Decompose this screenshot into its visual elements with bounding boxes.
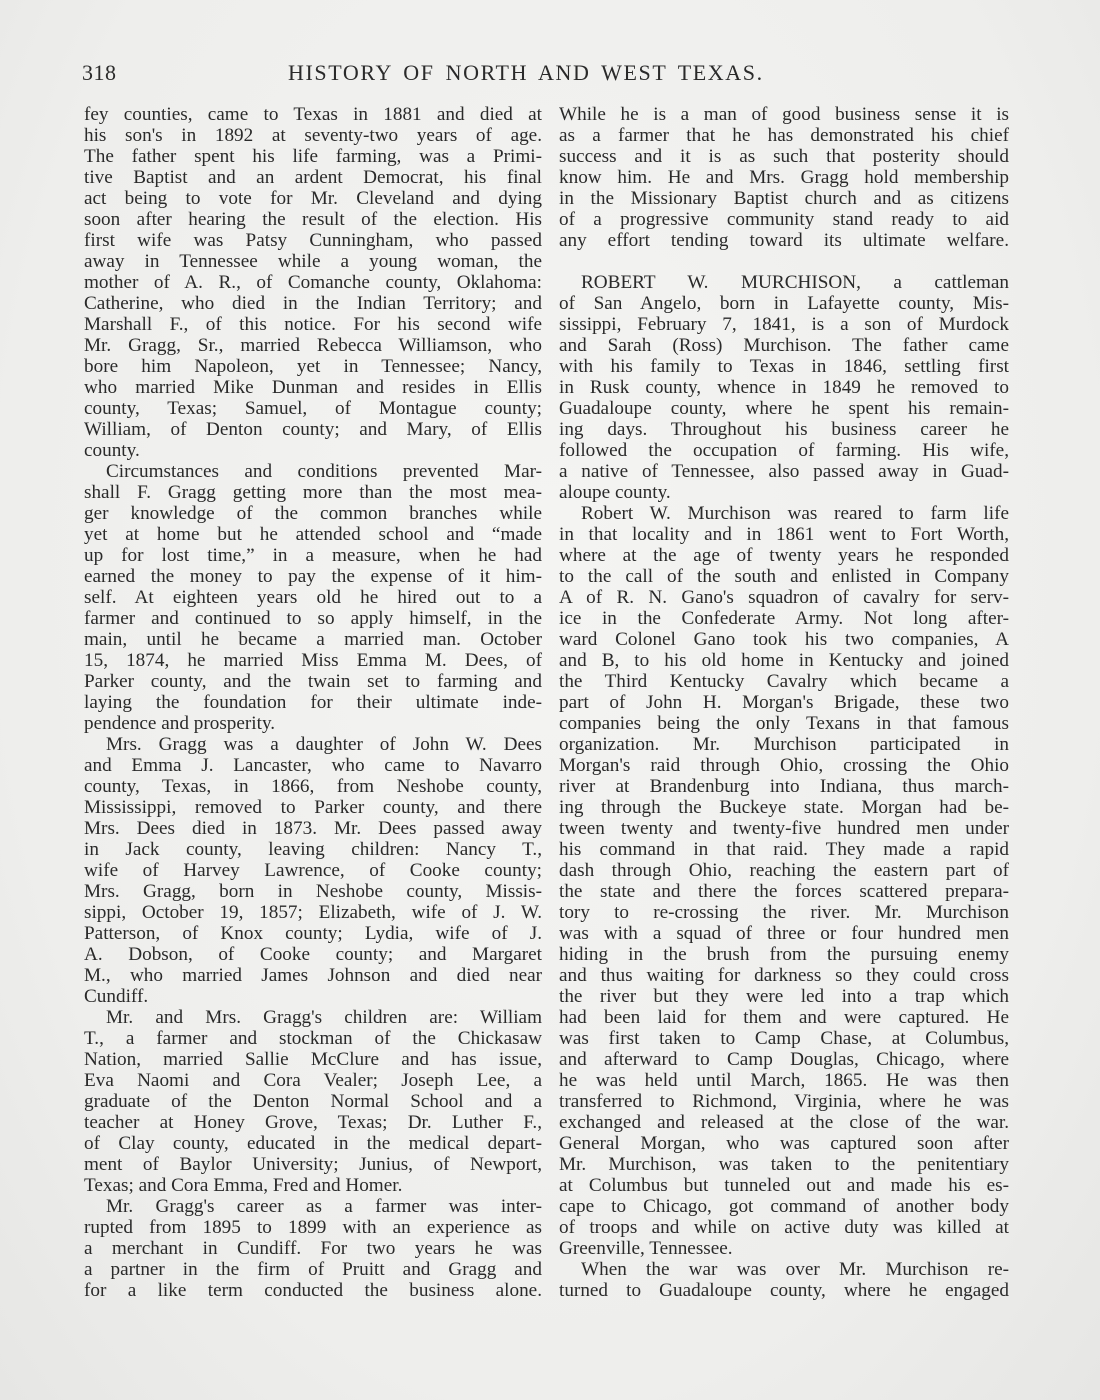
text-line: dash through Ohio, reaching the eastern … — [559, 860, 1009, 881]
text-line: Robert W. Murchison was reared to farm l… — [559, 503, 1009, 524]
running-head: 318 HISTORY OF NORTH AND WEST TEXAS. — [82, 56, 1012, 86]
text-line: earned the money to pay the expense of i… — [84, 566, 542, 587]
text-line: and Emma J. Lancaster, who came to Navar… — [84, 755, 542, 776]
text-line: self. At eighteen years old he hired out… — [84, 587, 542, 608]
text-line: transferred to Richmond, Virginia, where… — [559, 1091, 1009, 1112]
text-line: main, until he became a married man. Oct… — [84, 629, 542, 650]
text-line: up for lost time,” in a measure, when he… — [84, 545, 542, 566]
text-line: mother of A. R., of Comanche county, Okl… — [84, 272, 542, 293]
text-line: Morgan's raid through Ohio, crossing the… — [559, 755, 1009, 776]
text-line: the Third Kentucky Cavalry which became … — [559, 671, 1009, 692]
book-page: 318 HISTORY OF NORTH AND WEST TEXAS. fey… — [0, 0, 1100, 1400]
text-line: farmer and continued to so apply himself… — [84, 608, 542, 629]
text-line: Parker county, and the twain set to farm… — [84, 671, 542, 692]
text-line: success and it is as such that posterity… — [559, 146, 1009, 167]
text-line: ment of Baylor University; Junius, of Ne… — [84, 1154, 542, 1175]
text-line: Catherine, who died in the Indian Territ… — [84, 293, 542, 314]
text-line: companies being the only Texans in that … — [559, 713, 1009, 734]
text-line: Mr. Murchison, was taken to the penitent… — [559, 1154, 1009, 1175]
text-line: ger knowledge of the common branches whi… — [84, 503, 542, 524]
text-line: in Jack county, leaving children: Nancy … — [84, 839, 542, 860]
text-line: yet at home but he attended school and “… — [84, 524, 542, 545]
text-line: A. Dobson, of Cooke county; and Margaret — [84, 944, 542, 965]
text-line: to the call of the south and enlisted in… — [559, 566, 1009, 587]
text-line: river at Brandenburg into Indiana, thus … — [559, 776, 1009, 797]
text-line: The father spent his life farming, was a… — [84, 146, 542, 167]
text-line: his son's in 1892 at seventy-two years o… — [84, 125, 542, 146]
text-line: who married Mike Dunman and resides in E… — [84, 377, 542, 398]
text-line: Mr. Gragg, Sr., married Rebecca Williams… — [84, 335, 542, 356]
text-line: in that locality and in 1861 went to For… — [559, 524, 1009, 545]
text-line: first wife was Patsy Cunningham, who pas… — [84, 230, 542, 251]
text-line: was with a squad of three or four hundre… — [559, 923, 1009, 944]
text-line: was first taken to Camp Chase, at Columb… — [559, 1028, 1009, 1049]
text-line: of a progressive community stand ready t… — [559, 209, 1009, 230]
text-line: William, of Denton county; and Mary, of … — [84, 419, 542, 440]
text-line: ward Colonel Gano took his two companies… — [559, 629, 1009, 650]
text-line: of Clay county, educated in the medical … — [84, 1133, 542, 1154]
text-line: turned to Guadaloupe county, where he en… — [559, 1280, 1009, 1301]
text-line: bore him Napoleon, yet in Tennessee; Nan… — [84, 356, 542, 377]
text-line: exchanged and released at the close of t… — [559, 1112, 1009, 1133]
text-line: hiding in the brush from the pursuing en… — [559, 944, 1009, 965]
text-line: tween twenty and twenty-five hundred men… — [559, 818, 1009, 839]
text-line: as a farmer that he has demonstrated his… — [559, 125, 1009, 146]
text-line: T., a farmer and stockman of the Chickas… — [84, 1028, 542, 1049]
text-line: Texas; and Cora Emma, Fred and Homer. — [84, 1175, 542, 1196]
text-line: Patterson, of Knox county; Lydia, wife o… — [84, 923, 542, 944]
text-line: and afterward to Camp Douglas, Chicago, … — [559, 1049, 1009, 1070]
text-line: where at the age of twenty years he resp… — [559, 545, 1009, 566]
text-line: ing days. Throughout his business career… — [559, 419, 1009, 440]
text-line: part of John H. Morgan's Brigade, these … — [559, 692, 1009, 713]
text-line: pendence and prosperity. — [84, 713, 542, 734]
text-line: graduate of the Denton Normal School and… — [84, 1091, 542, 1112]
paragraph: When the war was over Mr. Murchison re-t… — [559, 1259, 1009, 1301]
text-line: While he is a man of good business sense… — [559, 104, 1009, 125]
section-gap — [559, 251, 1009, 272]
page-number: 318 — [82, 60, 117, 86]
text-line: organization. Mr. Murchison participated… — [559, 734, 1009, 755]
text-line: laying the foundation for their ultimate… — [84, 692, 542, 713]
paragraph: Mr. and Mrs. Gragg's children are: Willi… — [84, 1007, 542, 1196]
paragraph: ROBERT W. MURCHISON, a cattlemanof San A… — [559, 272, 1009, 503]
text-line: Mrs. Dees died in 1873. Mr. Dees passed … — [84, 818, 542, 839]
text-line: shall F. Gragg getting more than the mos… — [84, 482, 542, 503]
text-line: teacher at Honey Grove, Texas; Dr. Luthe… — [84, 1112, 542, 1133]
text-line: ice in the Confederate Army. Not long af… — [559, 608, 1009, 629]
text-line: General Morgan, who was captured soon af… — [559, 1133, 1009, 1154]
text-line: sissippi, February 7, 1841, is a son of … — [559, 314, 1009, 335]
text-line: of troops and while on active duty was k… — [559, 1217, 1009, 1238]
text-line: county, Texas, in 1866, from Neshobe cou… — [84, 776, 542, 797]
text-line: had been laid for them and were captured… — [559, 1007, 1009, 1028]
text-line: When the war was over Mr. Murchison re- — [559, 1259, 1009, 1280]
text-line: aloupe county. — [559, 482, 1009, 503]
text-line: the river but they were led into a trap … — [559, 986, 1009, 1007]
paragraph: fey counties, came to Texas in 1881 and … — [84, 104, 542, 461]
text-line: at Columbus but tunneled out and made hi… — [559, 1175, 1009, 1196]
text-line: Cundiff. — [84, 986, 542, 1007]
text-line: know him. He and Mrs. Gragg hold members… — [559, 167, 1009, 188]
text-line: county, Texas; Samuel, of Montague count… — [84, 398, 542, 419]
text-line: act being to vote for Mr. Cleveland and … — [84, 188, 542, 209]
text-line: A of R. N. Gano's squadron of cavalry fo… — [559, 587, 1009, 608]
text-line: Circumstances and conditions prevented M… — [84, 461, 542, 482]
text-line: Mrs. Gragg was a daughter of John W. Dee… — [84, 734, 542, 755]
text-line: cape to Chicago, got command of another … — [559, 1196, 1009, 1217]
text-line: for a like term conducted the business a… — [84, 1280, 542, 1301]
text-line: Guadaloupe county, where he spent his re… — [559, 398, 1009, 419]
paragraph: While he is a man of good business sense… — [559, 104, 1009, 251]
text-line: M., who married James Johnson and died n… — [84, 965, 542, 986]
text-line: Mr. and Mrs. Gragg's children are: Willi… — [84, 1007, 542, 1028]
text-line: tory to re-crossing the river. Mr. Murch… — [559, 902, 1009, 923]
text-line: Mr. Gragg's career as a farmer was inter… — [84, 1196, 542, 1217]
text-line: the state and there the forces scattered… — [559, 881, 1009, 902]
text-line: county. — [84, 440, 542, 461]
text-line: Mrs. Gragg, born in Neshobe county, Miss… — [84, 881, 542, 902]
text-line: Nation, married Sallie McClure and has i… — [84, 1049, 542, 1070]
text-line: and Sarah (Ross) Murchison. The father c… — [559, 335, 1009, 356]
text-line: of San Angelo, born in Lafayette county,… — [559, 293, 1009, 314]
paragraph: Mr. Gragg's career as a farmer was inter… — [84, 1196, 542, 1301]
paragraph: Robert W. Murchison was reared to farm l… — [559, 503, 1009, 1259]
text-line: Eva Naomi and Cora Vealer; Joseph Lee, a — [84, 1070, 542, 1091]
text-line: in Rusk county, whence in 1849 he remove… — [559, 377, 1009, 398]
text-line: sippi, October 19, 1857; Elizabeth, wife… — [84, 902, 542, 923]
text-line: followed the occupation of farming. His … — [559, 440, 1009, 461]
paragraph: Circumstances and conditions prevented M… — [84, 461, 542, 734]
text-line: 15, 1874, he married Miss Emma M. Dees, … — [84, 650, 542, 671]
page-title: HISTORY OF NORTH AND WEST TEXAS. — [288, 60, 764, 86]
text-line: with his family to Texas in 1846, settli… — [559, 356, 1009, 377]
text-line: and B, to his old home in Kentucky and j… — [559, 650, 1009, 671]
text-line: wife of Harvey Lawrence, of Cooke county… — [84, 860, 542, 881]
text-line: a merchant in Cundiff. For two years he … — [84, 1238, 542, 1259]
text-line: ROBERT W. MURCHISON, a cattleman — [559, 272, 1009, 293]
text-line: rupted from 1895 to 1899 with an experie… — [84, 1217, 542, 1238]
right-column: While he is a man of good business sense… — [559, 104, 1009, 1301]
text-line: fey counties, came to Texas in 1881 and … — [84, 104, 542, 125]
text-line: he was held until March, 1865. He was th… — [559, 1070, 1009, 1091]
text-line: in the Missionary Baptist church and as … — [559, 188, 1009, 209]
text-line: any effort tending toward its ultimate w… — [559, 230, 1009, 251]
text-line: ing through the Buckeye state. Morgan ha… — [559, 797, 1009, 818]
text-line: a partner in the firm of Pruitt and Grag… — [84, 1259, 542, 1280]
text-line: a native of Tennessee, also passed away … — [559, 461, 1009, 482]
text-line: and thus waiting for darkness so they co… — [559, 965, 1009, 986]
text-line: Greenville, Tennessee. — [559, 1238, 1009, 1259]
left-column: fey counties, came to Texas in 1881 and … — [84, 104, 542, 1301]
text-line: Mississippi, removed to Parker county, a… — [84, 797, 542, 818]
text-line: soon after hearing the result of the ele… — [84, 209, 542, 230]
text-line: Marshall F., of this notice. For his sec… — [84, 314, 542, 335]
paragraph: Mrs. Gragg was a daughter of John W. Dee… — [84, 734, 542, 1007]
text-line: tive Baptist and an ardent Democrat, his… — [84, 167, 542, 188]
text-line: his command in that raid. They made a ra… — [559, 839, 1009, 860]
text-line: away in Tennessee while a young woman, t… — [84, 251, 542, 272]
